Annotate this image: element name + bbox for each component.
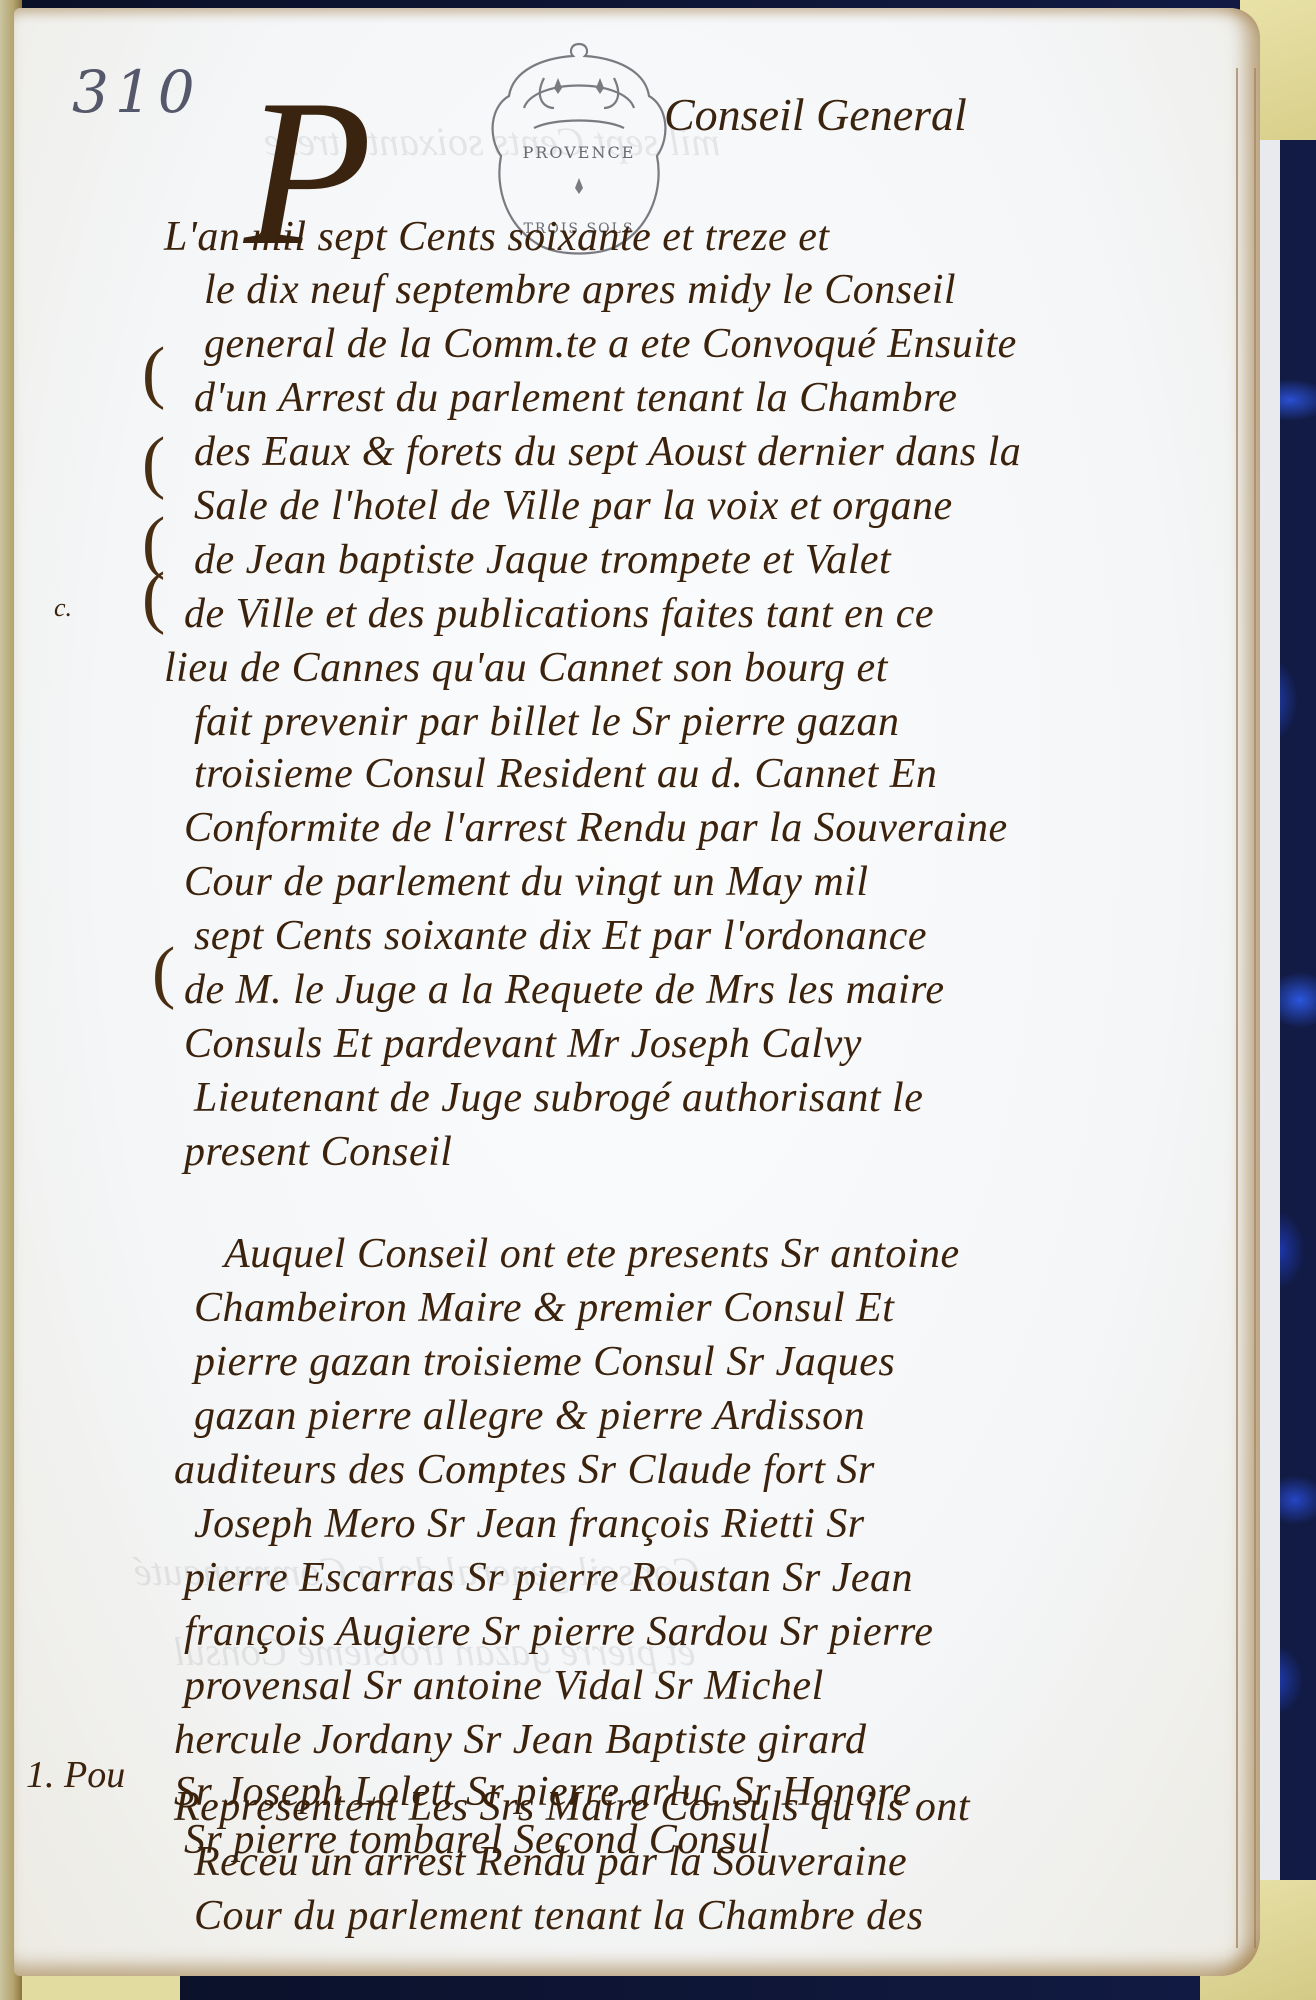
text-line: Cour du parlement tenant la Chambre des <box>194 1892 924 1940</box>
svg-text:PROVENCE: PROVENCE <box>523 143 636 162</box>
text-line: Receu un arrest Rendu par la Souveraine <box>194 1838 907 1886</box>
text-line: des Eaux & forets du sept Aoust dernier … <box>194 428 1021 476</box>
text-line: troisieme Consul Resident au d. Cannet E… <box>194 750 937 798</box>
text-line: Conformite de l'arrest Rendu par la Souv… <box>184 804 1008 852</box>
worn-paper-edge <box>1236 68 1256 1948</box>
manuscript-page: mil sept Cents soixante treze Conseil ge… <box>14 8 1260 1976</box>
text-line: hercule Jordany Sr Jean Baptiste girard <box>174 1716 867 1764</box>
text-line: pierre gazan troisieme Consul Sr Jaques <box>194 1338 895 1386</box>
text-line: d'un Arrest du parlement tenant la Chamb… <box>194 374 957 422</box>
folio-number: 310 <box>72 58 201 126</box>
text-line: de M. le Juge a la Requete de Mrs les ma… <box>184 966 945 1014</box>
text-line: le dix neuf septembre apres midy le Cons… <box>204 266 956 314</box>
text-line: auditeurs des Comptes Sr Claude fort Sr <box>174 1446 875 1494</box>
document-title: Conseil General <box>664 88 967 141</box>
margin-mark: c. <box>54 593 72 623</box>
text-line: Sale de l'hotel de Ville par la voix et … <box>194 482 953 530</box>
text-line: present Conseil <box>184 1128 452 1176</box>
text-line: pierre Escarras Sr pierre Roustan Sr Jea… <box>184 1554 913 1602</box>
text-line: lieu de Cannes qu'au Cannet son bourg et <box>164 644 888 692</box>
margin-bracket: ( <box>142 563 165 633</box>
text-line: Representent Les Srs Maire Consuls qu'il… <box>174 1783 970 1831</box>
text-line: provensal Sr antoine Vidal Sr Michel <box>184 1662 824 1710</box>
text-line: Joseph Mero Sr Jean françois Rietti Sr <box>194 1500 865 1548</box>
margin-note: 1. Pou <box>26 1753 125 1797</box>
text-line: Lieutenant de Juge subrogé authorisant l… <box>194 1074 923 1122</box>
text-line: de Jean baptiste Jaque trompete et Valet <box>194 536 891 584</box>
text-line: Chambeiron Maire & premier Consul Et <box>194 1284 894 1332</box>
text-line: sept Cents soixante dix Et par l'ordonan… <box>194 912 927 960</box>
text-line: general de la Comm.te a ete Convoqué Ens… <box>204 320 1017 368</box>
text-line: de Ville et des publications faites tant… <box>184 590 934 638</box>
text-line: Consuls Et pardevant Mr Joseph Calvy <box>184 1020 862 1068</box>
text-line: L'an mil sept Cents soixante et treze et <box>164 213 830 261</box>
margin-bracket: ( <box>142 338 165 408</box>
text-line: françois Augiere Sr pierre Sardou Sr pie… <box>184 1608 933 1656</box>
text-line: Auquel Conseil ont ete presents Sr antoi… <box>224 1230 960 1278</box>
margin-bracket: ( <box>142 428 165 498</box>
text-line: Cour de parlement du vingt un May mil <box>184 858 869 906</box>
text-line: fait prevenir par billet le Sr pierre ga… <box>194 698 899 746</box>
text-line: gazan pierre allegre & pierre Ardisson <box>194 1392 865 1440</box>
margin-bracket: ( <box>152 938 175 1008</box>
